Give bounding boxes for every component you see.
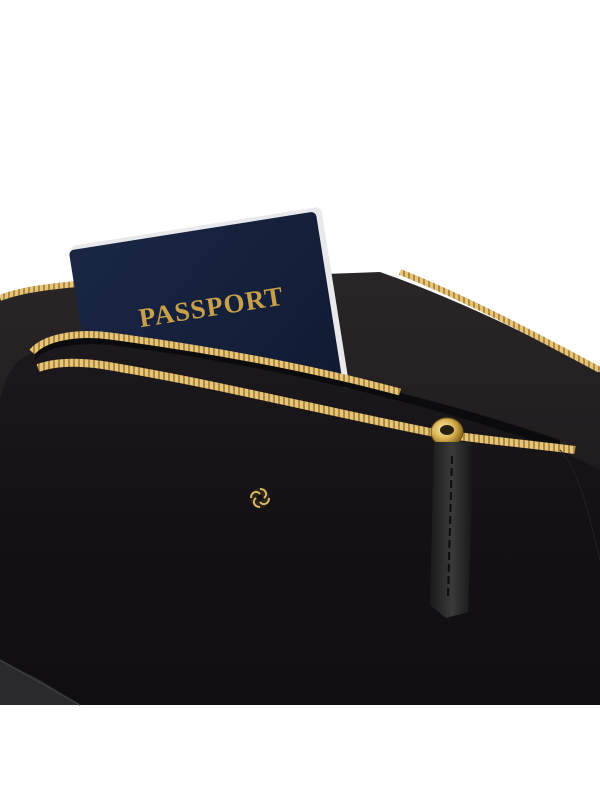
product-photo: PASSPORT — [0, 0, 600, 800]
leather-zipper-pull[interactable] — [430, 442, 474, 618]
zipper-slider[interactable] — [431, 418, 463, 446]
flower-logo-icon — [250, 488, 270, 508]
